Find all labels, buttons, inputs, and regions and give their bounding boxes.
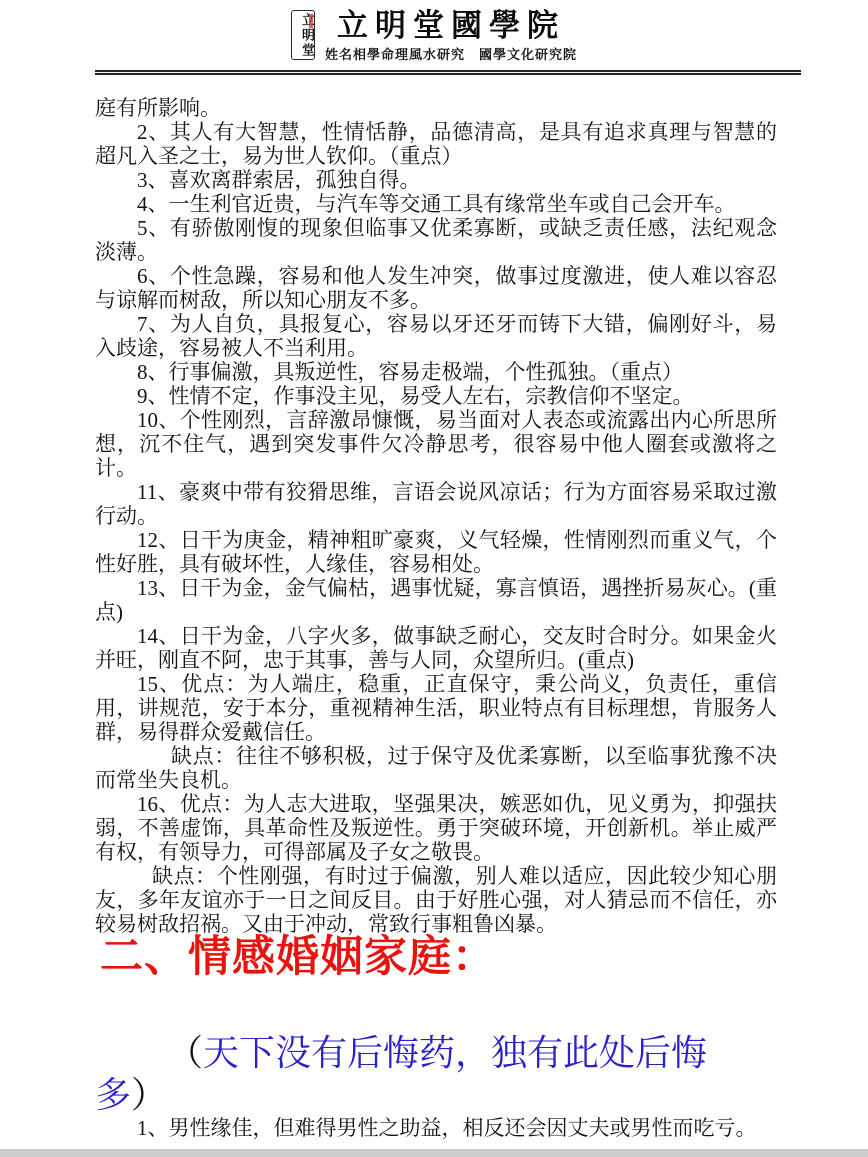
paragraph: 16、优点：为人志大进取，坚强果决，嫉恶如仇，见义勇为，抑强扶弱，不善虚饰，具革… — [95, 792, 777, 864]
page-bottom-bar — [0, 1149, 868, 1157]
letterhead: 立明堂 立明堂國學院 姓名相學命理風水研究 國學文化研究院 — [0, 0, 868, 63]
paragraph: 9、性情不定，作事没主见，易受人左右，宗教信仰不坚定。 — [95, 384, 777, 408]
seal-logo: 立明堂 — [291, 10, 315, 60]
letterhead-text: 立明堂國學院 姓名相學命理風水研究 國學文化研究院 — [325, 8, 577, 63]
section-subheading: （天下没有后悔药，独有此处后悔 多） — [95, 1032, 785, 1116]
paragraph: 缺点：个性刚强，有时过于偏激，别人难以适应，因此较少知心朋友，多年友谊亦于一日之… — [95, 864, 777, 936]
paragraph: 缺点：往往不够积极，过于保守及优柔寡断，以至临事犹豫不决而常坐失良机。 — [95, 744, 777, 792]
paragraph: 5、有骄傲刚愎的现象但临事又优柔寡断，或缺乏责任感，法纪观念淡薄。 — [95, 216, 777, 264]
paragraph: 8、行事偏激，具叛逆性，容易走极端，个性孤独。（重点） — [95, 360, 777, 384]
subheading-paren-open: （ — [167, 1033, 203, 1073]
academy-title: 立明堂國學院 — [325, 8, 577, 44]
paragraph: 庭有所影响。 — [95, 96, 777, 120]
document-page: 立明堂 立明堂國學院 姓名相學命理風水研究 國學文化研究院 庭有所影响。2、其人… — [0, 0, 868, 1157]
body-text-block: 庭有所影响。2、其人有大智慧，性情恬静，品德清高，是具有追求真理与智慧的超凡入圣… — [95, 96, 777, 914]
paragraph: 12、日干为庚金，精神粗旷豪爽，义气轻燥，性情刚烈而重义气，个性好胜，具有破坏性… — [95, 528, 777, 576]
academy-subtitle: 姓名相學命理風水研究 國學文化研究院 — [325, 47, 577, 63]
subheading-paren-close: ） — [131, 1075, 167, 1115]
paragraph: 15、优点：为人端庄，稳重，正直保守，秉公尚义，负责任，重信用，讲规范，安于本分… — [95, 672, 777, 744]
paragraph: 4、一生利官近贵，与汽车等交通工具有缘常坐车或自己会开车。 — [95, 192, 777, 216]
paragraph: 3、喜欢离群索居，孤独自得。 — [95, 168, 777, 192]
paragraph: 11、豪爽中带有狡猾思维，言语会说风凉话；行为方面容易采取过激行动。 — [95, 480, 777, 528]
paragraph: 7、为人自负，具报复心，容易以牙还牙而铸下大错，偏刚好斗，易入歧途，容易被人不当… — [95, 312, 777, 360]
section-heading: 二、情感婚姻家庭： — [100, 930, 868, 986]
seal-red-mark — [309, 14, 313, 28]
section2-first-item: 1、男性缘佳，但难得男性之助益，相反还会因丈夫或男性而吃亏。 — [95, 1116, 777, 1140]
paragraph: 10、个性刚烈，言辞激昂慷慨，易当面对人表态或流露出内心所思所想，沉不住气，遇到… — [95, 408, 777, 480]
header-divider — [95, 70, 801, 75]
paragraph: 2、其人有大智慧，性情恬静，品德清高，是具有追求真理与智慧的超凡入圣之士，易为世… — [95, 120, 777, 168]
paragraph: 6、个性急躁，容易和他人发生冲突，做事过度激进，使人难以容忍与谅解而树敌，所以知… — [95, 264, 777, 312]
paragraph: 14、日干为金，八字火多，做事缺乏耐心，交友时合时分。如果金火并旺，刚直不阿，忠… — [95, 624, 777, 672]
paragraph: 13、日干为金，金气偏枯，遇事忧疑，寡言慎语，遇挫折易灰心。(重点) — [95, 576, 777, 624]
